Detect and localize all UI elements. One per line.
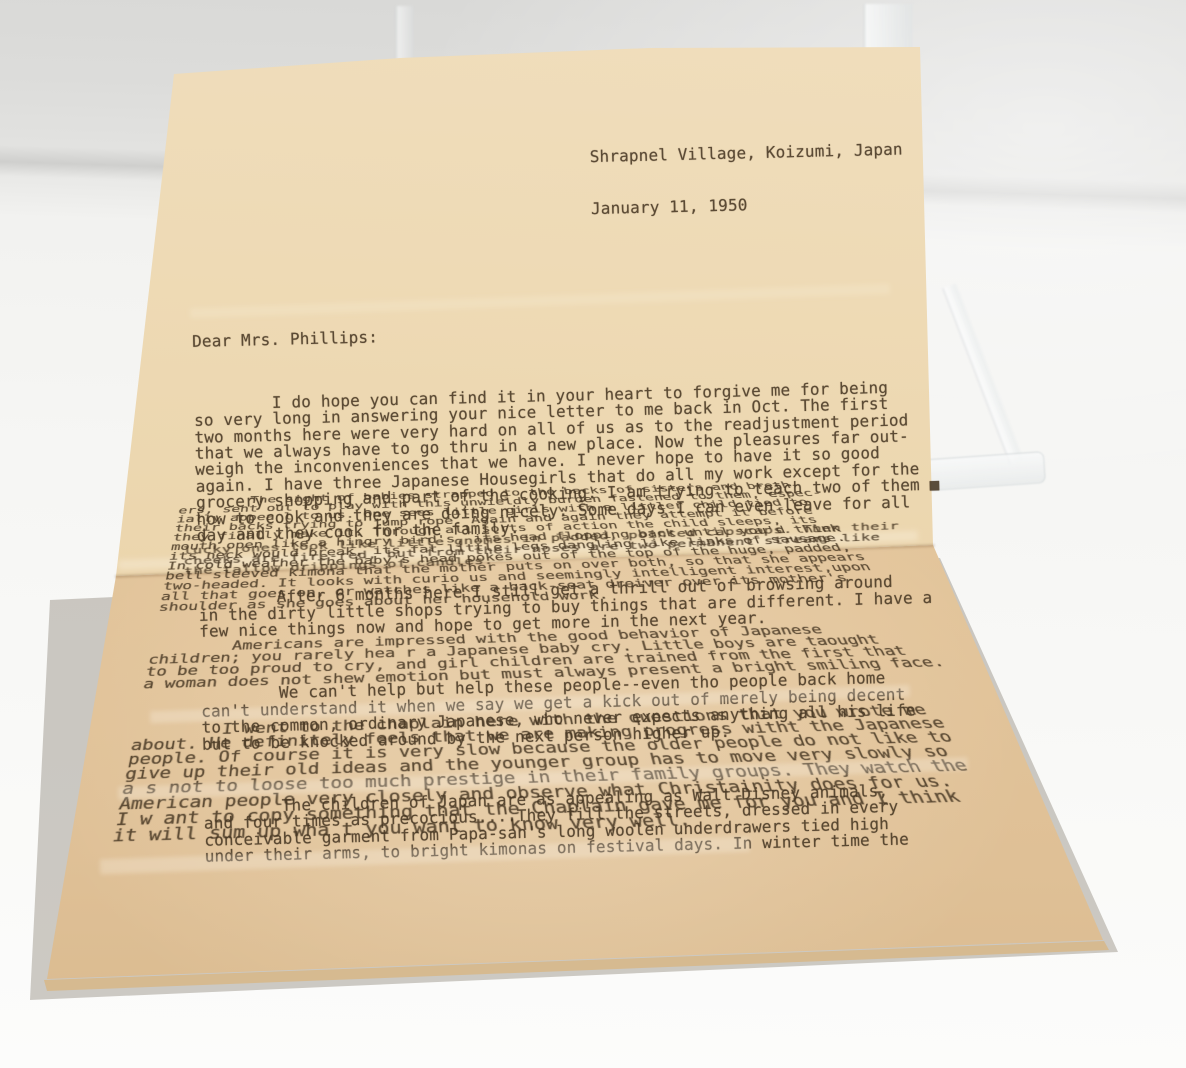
letter-salutation: Dear Mrs. Phillips: xyxy=(192,314,972,349)
photo-of-typed-letter: Shrapnel Village, Koizumi, Japan January… xyxy=(0,0,1186,1068)
letter-paragraph-6: Americans are impressed with the good be… xyxy=(142,620,958,690)
letter-heading: Shrapnel Village, Koizumi, Japan January… xyxy=(589,104,970,253)
letter-heading-location: Shrapnel Village, Koizumi, Japan xyxy=(590,139,968,166)
letter-heading-date: January 11, 1950 xyxy=(591,191,969,218)
letter-paragraph-5: The sight of babies strapped to the back… xyxy=(158,479,915,613)
letter-text-bottom-panel: The sight of babies strapped to the back… xyxy=(104,463,1064,878)
